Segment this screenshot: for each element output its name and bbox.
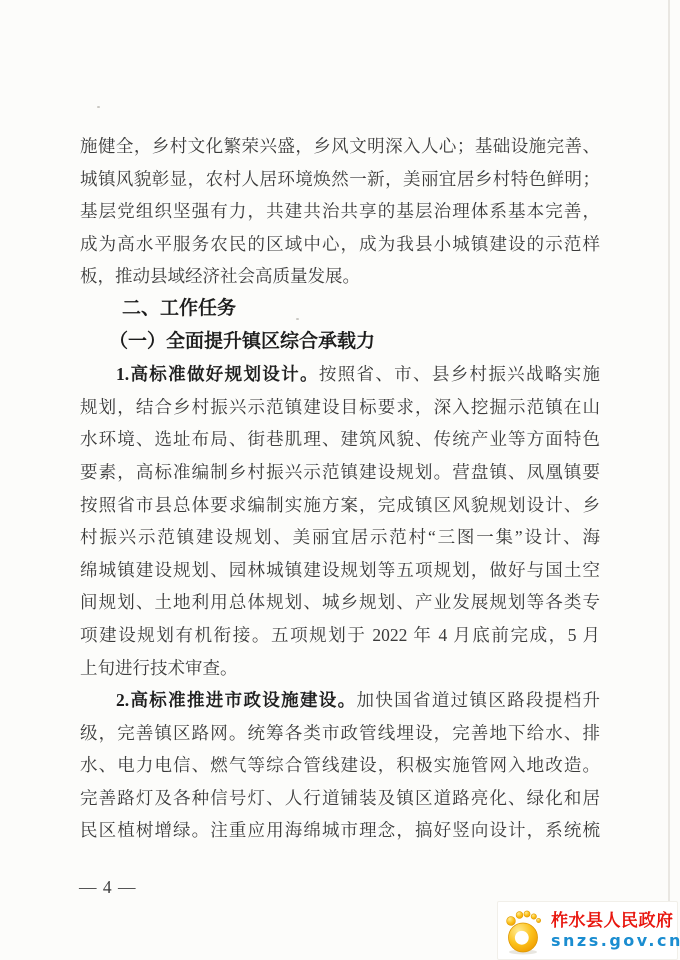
gov-logo: 柞水县人民政府 snzs.gov.cn	[497, 901, 678, 960]
scan-speck	[97, 106, 100, 108]
logo-text: 柞水县人民政府 snzs.gov.cn	[551, 911, 680, 951]
paragraph-item-1-line: 绵城镇建设规划、园林城镇建设规划等五项规划，做好与国土空	[80, 554, 600, 587]
footprint-icon	[502, 906, 548, 956]
paragraph-item-1-line: 上旬进行技术审查。	[80, 652, 600, 685]
paragraph-continuation-line: 施健全，乡村文化繁荣兴盛，乡风文明深入人心；基础设施完善、	[80, 130, 600, 163]
paragraph-item-2-line: 完善路灯及各种信号灯、人行道铺装及镇区道路亮化、绿化和居	[80, 782, 600, 815]
paragraph-item-1-line: 间规划、土地利用总体规划、城乡规划、产业发展规划等各类专	[80, 586, 600, 619]
document-page: 施健全，乡村文化繁荣兴盛，乡风文明深入人心；基础设施完善、城镇风貌彰显，农村人居…	[0, 0, 680, 960]
logo-org-name: 柞水县人民政府	[551, 911, 680, 931]
bold-lead-in: 1.高标准做好规划设计。	[116, 364, 319, 384]
paragraph-continuation-line: 城镇风貌彰显，农村人居环境焕然一新，美丽宜居乡村特色鲜明；	[80, 163, 600, 196]
text-column: 施健全，乡村文化繁荣兴盛，乡风文明深入人心；基础设施完善、城镇风貌彰显，农村人居…	[80, 130, 600, 847]
bold-lead-in: 2.高标准推进市政设施建设。	[116, 690, 356, 710]
paragraph-item-1-line: 项建设规划有机衔接。五项规划于 2022 年 4 月底前完成，5 月	[80, 619, 600, 652]
paragraph-continuation-line: 成为高水平服务农民的区域中心，成为我县小城镇建设的示范样	[80, 228, 600, 261]
paragraph-item-1-line: 要素，高标准编制乡村振兴示范镇建设规划。营盘镇、凤凰镇要	[80, 456, 600, 489]
paragraph-item-1-line: 1.高标准做好规划设计。按照省、市、县乡村振兴战略实施	[80, 358, 600, 391]
page-number: — 4 —	[79, 877, 137, 898]
paragraph-item-2-line: 水、电力电信、燃气等综合管线建设，积极实施管网入地改造。	[80, 749, 600, 782]
scan-edge-shadow	[668, 0, 670, 960]
paragraph-item-2-line: 2.高标准推进市政设施建设。加快国省道过镇区路段提档升	[80, 684, 600, 717]
paragraph-continuation-line: 板，推动县域经济社会高质量发展。	[80, 260, 600, 293]
paragraph-continuation-line: 基层党组织坚强有力，共建共治共享的基层治理体系基本完善，	[80, 195, 600, 228]
paragraph-item-1-line: 水环境、选址布局、街巷肌理、建筑风貌、传统产业等方面特色	[80, 423, 600, 456]
paragraph-item-1-line: 规划，结合乡村振兴示范镇建设目标要求，深入挖掘示范镇在山	[80, 391, 600, 424]
subsection-heading-line: （一）全面提升镇区综合承载力	[80, 326, 600, 359]
paragraph-item-2-line: 级，完善镇区路网。统筹各类市政管线埋设，完善地下给水、排	[80, 717, 600, 750]
logo-domain-url: snzs.gov.cn	[551, 931, 680, 951]
paragraph-item-1-line: 村振兴示范镇建设规划、美丽宜居示范村“三图一集”设计、海	[80, 521, 600, 554]
section-heading-line: 二、工作任务	[80, 293, 600, 326]
paragraph-item-2-line: 民区植树增绿。注重应用海绵城市理念，搞好竖向设计，系统梳	[80, 814, 600, 847]
paragraph-item-1-line: 按照省市县总体要求编制实施方案，完成镇区风貌规划设计、乡	[80, 489, 600, 522]
